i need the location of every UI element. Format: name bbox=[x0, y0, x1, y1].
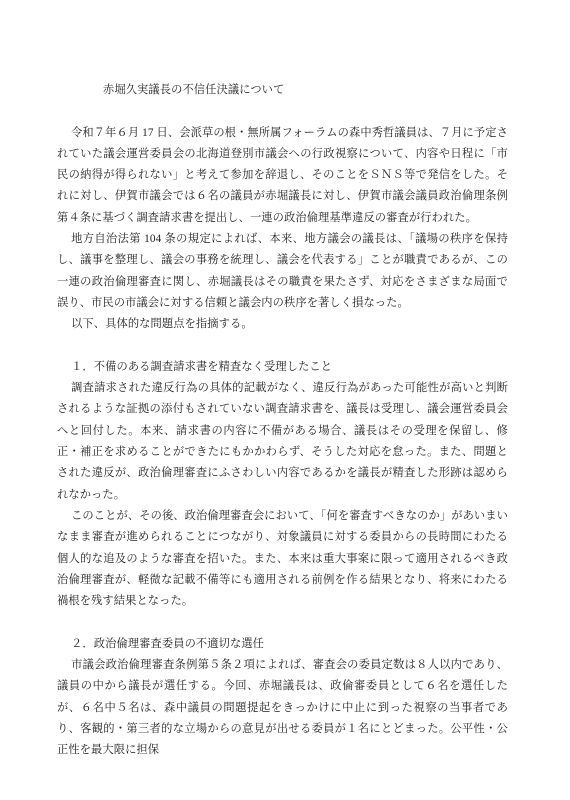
document-title: 赤堀久実議長の不信任決議について bbox=[57, 80, 508, 101]
paragraph-intro-incident: 令和７年６月 17 日、会派草の根・無所属フォーラムの森中秀哲議員は、７月に予定… bbox=[57, 123, 508, 229]
section-1-paragraph-b: このことが、その後、政治倫理審査会において、「何を審査すべきなのか」があいまいな… bbox=[57, 506, 508, 612]
paragraph-lead-in: 以下、具体的な問題点を指摘する。 bbox=[57, 314, 508, 335]
section-1-heading: １．不備のある調査請求書を精査なく受理したこと bbox=[57, 357, 508, 378]
section-1-paragraph-a: 調査請求された違反行為の具体的記載がなく、違反行為があった可能性が高いと判断され… bbox=[57, 378, 508, 506]
paragraph-legal-basis: 地方自治法第 104 条の規定によれば、本来、地方議会の議長は、「議場の秩序を保… bbox=[57, 229, 508, 314]
document-page: 赤堀久実議長の不信任決議について 令和７年６月 17 日、会派草の根・無所属フォ… bbox=[0, 0, 570, 800]
section-2-paragraph-a: 市議会政治倫理審査条例第５条２項によれば、審査会の委員定数は８人以内であり、議員… bbox=[57, 655, 508, 761]
document-content: 赤堀久実議長の不信任決議について 令和７年６月 17 日、会派草の根・無所属フォ… bbox=[57, 80, 508, 762]
section-2-heading: ２．政治倫理審査委員の不適切な選任 bbox=[57, 634, 508, 655]
